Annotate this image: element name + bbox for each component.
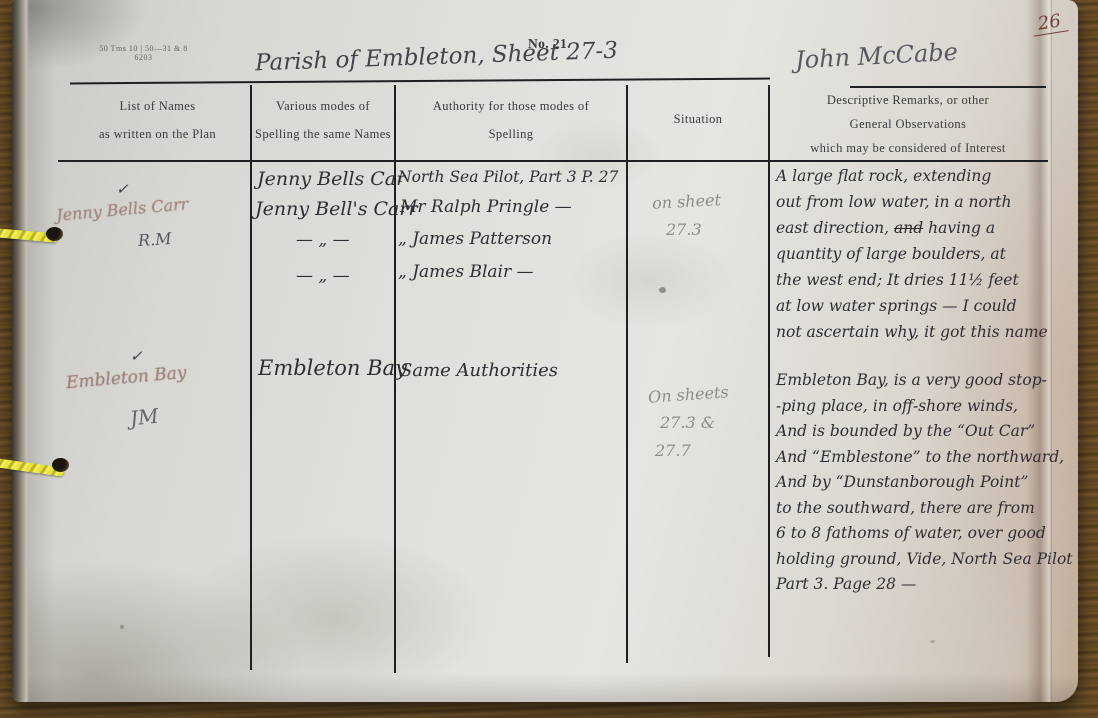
remarks-entry1-struck-word: and xyxy=(894,219,923,237)
remarks-entry1-line3-post: having a xyxy=(923,219,995,237)
authority-entry1-1: North Sea Pilot, Part 3 P. 27 xyxy=(398,168,618,186)
remarks-entry2: Embleton Bay, is a very good stop- -ping… xyxy=(776,368,1073,598)
header-bottom-rule xyxy=(58,160,1048,162)
punch-hole-bottom xyxy=(52,458,69,472)
form-stamp-line2: 6203 xyxy=(86,53,201,62)
authority-entry1-4: „ James Blair — xyxy=(398,262,534,282)
spelling-entry1-ditto1: — „ — xyxy=(296,230,350,250)
remarks-entry2-line3: And is bounded by the “Out Car” xyxy=(776,419,1073,445)
spelling-entry1-ditto2: — „ — xyxy=(296,266,350,286)
punch-hole-top xyxy=(46,227,63,241)
header-col-names: List of Names as written on the Plan xyxy=(70,92,245,148)
ink-blot xyxy=(659,287,666,293)
header-col3-line1: Authority for those modes of xyxy=(398,92,624,120)
column-divider-3 xyxy=(626,85,628,663)
header-col-situation: Situation xyxy=(630,105,766,133)
header-col2-line2: Spelling the same Names xyxy=(254,120,392,148)
initials-entry1: R.M xyxy=(137,229,172,250)
header-col1-line2: as written on the Plan xyxy=(70,120,245,148)
remarks-entry1-line6: at low water springs — I could xyxy=(776,293,1048,319)
header-col4-line1: Situation xyxy=(630,105,766,133)
remarks-entry2-line6: to the southward, there are from xyxy=(776,496,1073,522)
form-stamp-line1: 50 Tms 10 | 50—31 & 8 xyxy=(86,44,201,53)
header-col2-line1: Various modes of xyxy=(254,92,392,120)
header-col-spellings: Various modes of Spelling the same Names xyxy=(254,92,392,148)
spelling-entry2: Embleton Bay xyxy=(258,356,407,380)
column-divider-1 xyxy=(250,85,252,670)
remarks-entry1-line7: not ascertain why, it got this name xyxy=(776,319,1048,345)
header-col5-line1: Descriptive Remarks, or other xyxy=(772,88,1044,112)
header-col1-line1: List of Names xyxy=(70,92,245,120)
scanned-name-book-page: { "meta": { "page_number": "26", "stamp_… xyxy=(0,0,1098,718)
check-mark-entry1: ✓ xyxy=(116,180,129,198)
authority-entry1-3: „ James Patterson xyxy=(398,229,552,249)
remarks-entry1-line5: the west end; It dries 11½ feet xyxy=(776,267,1048,293)
remarks-entry1-line3: east direction, and having a xyxy=(776,215,1048,241)
book-spine-edge xyxy=(12,0,29,702)
check-mark-entry2: ✓ xyxy=(130,347,143,365)
authority-entry2: Same Authorities xyxy=(400,360,558,381)
remarks-entry1: A large flat rock, extending out from lo… xyxy=(776,163,1048,345)
header-col3-line2: Spelling xyxy=(398,120,624,148)
remarks-entry2-line7: 6 to 8 fathoms of water, over good xyxy=(776,521,1073,547)
remarks-entry2-line2: -ping place, in off-shore winds, xyxy=(776,394,1073,420)
situation-entry1-line2: 27.3 xyxy=(666,220,702,239)
remarks-entry1-line2: out from low water, in a north xyxy=(776,189,1048,215)
column-divider-4 xyxy=(768,85,770,657)
situation-entry2-line3: 27.7 xyxy=(655,441,691,460)
header-col-remarks: Descriptive Remarks, or other General Ob… xyxy=(772,88,1044,160)
remarks-entry2-line9: Part 3. Page 28 — xyxy=(776,572,1073,598)
header-col-authority: Authority for those modes of Spelling xyxy=(398,92,624,148)
remarks-entry1-line1: A large flat rock, extending xyxy=(776,163,1048,189)
remarks-entry2-line1: Embleton Bay, is a very good stop- xyxy=(776,368,1073,394)
speck xyxy=(120,625,124,629)
initials-entry2: JM xyxy=(129,404,160,431)
speck xyxy=(930,640,935,643)
header-col5-line3: which may be considered of Interest xyxy=(772,136,1044,160)
remarks-entry2-line5: And by “Dunstanborough Point” xyxy=(776,470,1073,496)
situation-entry1-line1: on sheet xyxy=(652,190,722,213)
header-col5-line2: General Observations xyxy=(772,112,1044,136)
remarks-entry1-line4: quantity of large boulders, at xyxy=(776,241,1048,267)
spelling-entry1-2: Jenny Bell's Carr xyxy=(255,198,418,220)
spelling-entry1-1: Jenny Bells Car xyxy=(257,168,405,190)
remarks-entry2-line8: holding ground, Vide, North Sea Pilot xyxy=(776,547,1073,573)
form-stamp: 50 Tms 10 | 50—31 & 8 6203 xyxy=(86,44,201,62)
situation-entry2-line2: 27.3 & xyxy=(660,413,715,432)
remarks-entry1-line3-pre: east direction, xyxy=(776,219,894,237)
authority-entry1-2: Mr Ralph Pringle — xyxy=(400,197,572,217)
remarks-entry2-line4: And “Emblestone” to the northward, xyxy=(776,445,1073,471)
